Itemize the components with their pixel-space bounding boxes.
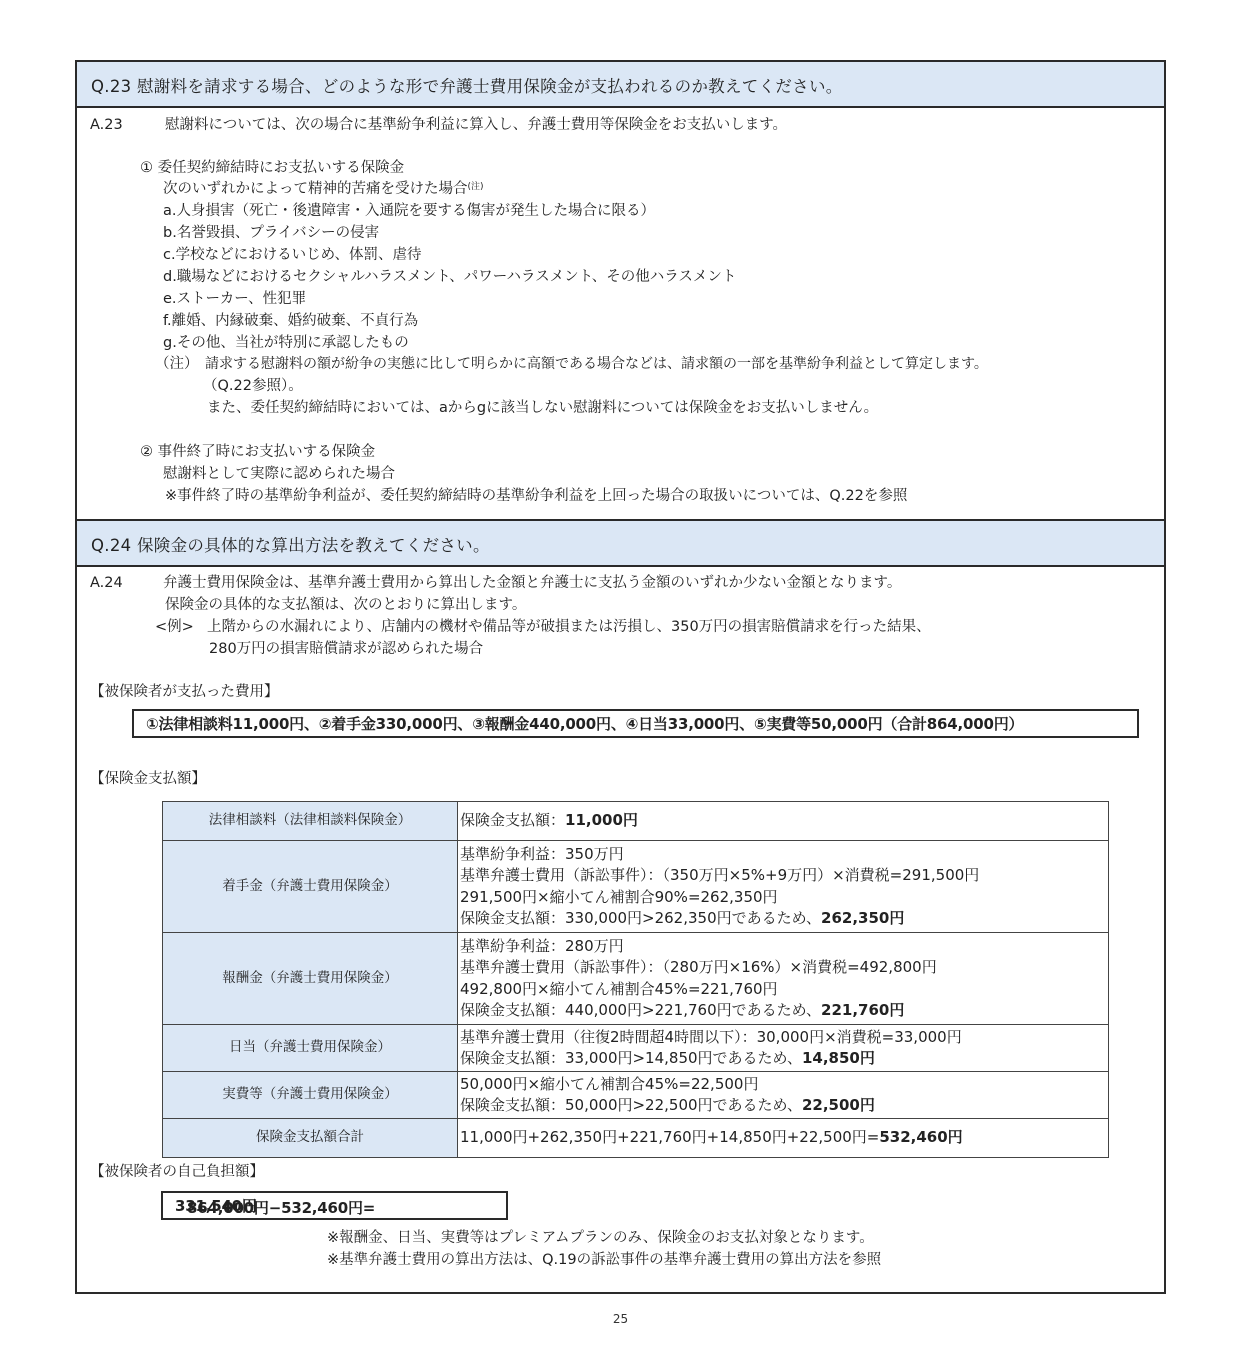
a24-label: A.24: [90, 572, 123, 594]
table-row: 日当（弁護士費用保険金） 基準弁護士費用（往復2時間超4時間以下）：30,000…: [163, 1025, 1109, 1072]
row-label: 報酬金（弁護士費用保険金）: [163, 933, 458, 1025]
paid-summary-box: ①法律相談料11,000円、②着手金330,000円、③報酬金440,000円、…: [132, 709, 1139, 738]
row-label: 着手金（弁護士費用保険金）: [163, 841, 458, 933]
value-amount: 532,460円: [879, 1128, 962, 1146]
a23-section2-note: ※事件終了時の基準紛争利益が、委任契約締結時の基準紛争利益を上回った場合の取扱い…: [165, 485, 907, 507]
condition-text: 次のいずれかによって精神的苦痛を受けた場合: [163, 181, 468, 197]
row-value: 基準紛争利益：350万円 基準弁護士費用（訴訟事件）：（350万円×5%+9万円…: [458, 841, 1109, 933]
a23-section2-title: ② 事件終了時にお支払いする保険金: [140, 441, 375, 463]
value-text: 基準紛争利益：350万円: [460, 844, 1106, 866]
payout-table: 法律相談料（法律相談料保険金） 保険金支払額：11,000円 着手金（弁護士費用…: [162, 801, 1109, 1158]
row-value: 基準弁護士費用（往復2時間超4時間以下）：30,000円×消費税=33,000円…: [458, 1025, 1109, 1072]
row-value: 基準紛争利益：280万円 基準弁護士費用（訴訟事件）：（280万円×16%）×消…: [458, 933, 1109, 1025]
list-item: d.職場などにおけるセクシャルハラスメント、パワーハラスメント、その他ハラスメン…: [163, 266, 736, 288]
value-text: 保険金支払額：: [460, 811, 565, 829]
q24-question: Q.24 保険金の具体的な算出方法を教えてください。: [91, 532, 490, 556]
list-item: e.ストーカー、性犯罪: [163, 288, 306, 310]
list-item: a.人身損害（死亡・後遺障害・入通院を要する傷害が発生した場合に限る）: [163, 200, 655, 222]
value-text: 基準弁護士費用（訴訟事件）：（350万円×5%+9万円）×消費税=291,500…: [460, 865, 1106, 887]
a23-label: A.23: [90, 114, 123, 136]
row-label: 実費等（弁護士費用保険金）: [163, 1072, 458, 1119]
table-row-total: 保険金支払額合計 11,000円+262,350円+221,760円+14,85…: [163, 1119, 1109, 1158]
a24-line: 保険金の具体的な支払額は、次のとおりに算出します。: [165, 594, 526, 616]
value-amount: 221,760円: [821, 1001, 904, 1019]
table-row: 着手金（弁護士費用保険金） 基準紛争利益：350万円 基準弁護士費用（訴訟事件）…: [163, 841, 1109, 933]
row-label: 保険金支払額合計: [163, 1119, 458, 1158]
paid-heading: 【被保険者が支払った費用】: [90, 681, 279, 703]
a23-section2-condition: 慰謝料として実際に認められた場合: [163, 463, 395, 485]
row-label: 法律相談料（法律相談料保険金）: [163, 802, 458, 841]
value-text: 11,000円+262,350円+221,760円+14,850円+22,500…: [460, 1128, 879, 1146]
note-line: 請求する慰謝料の額が紛争の実態に比して明らかに高額である場合などは、請求額の一部…: [205, 353, 988, 375]
row-value: 保険金支払額：11,000円: [458, 802, 1109, 841]
q24-header: Q.24 保険金の具体的な算出方法を教えてください。: [77, 519, 1164, 567]
self-burden-box: 864,000円−532,460円=331,540円: [161, 1191, 508, 1220]
footnote: ※基準弁護士費用の算出方法は、Q.19の訴訟事件の基準弁護士費用の算出方法を参照: [327, 1249, 881, 1271]
payout-heading: 【保険金支払額】: [90, 768, 206, 790]
note-line: （Q.22参照）。: [203, 375, 303, 397]
value-text: 保険金支払額：440,000円>221,760円であるため、: [460, 1001, 821, 1019]
note-label: （注）: [155, 353, 199, 375]
example-line: 280万円の損害賠償請求が認められた場合: [209, 638, 483, 660]
value-amount: 262,350円: [821, 909, 904, 927]
value-text: 保険金支払額：50,000円>22,500円であるため、: [460, 1096, 802, 1114]
page-number: 25: [0, 1312, 1241, 1326]
self-burden-heading: 【被保険者の自己負担額】: [90, 1161, 264, 1183]
row-value: 11,000円+262,350円+221,760円+14,850円+22,500…: [458, 1119, 1109, 1158]
value-text: 基準弁護士費用（往復2時間超4時間以下）：30,000円×消費税=33,000円: [460, 1027, 1106, 1049]
list-item: f.離婚、内縁破棄、婚約破棄、不貞行為: [163, 310, 418, 332]
row-label: 日当（弁護士費用保険金）: [163, 1025, 458, 1072]
list-item: g.その他、当社が特別に承認したもの: [163, 332, 409, 354]
footnote: ※報酬金、日当、実費等はプレミアムプランのみ、保険金のお支払対象となります。: [327, 1227, 874, 1249]
table-row: 実費等（弁護士費用保険金） 50,000円×縮小てん補割合45%=22,500円…: [163, 1072, 1109, 1119]
row-value: 50,000円×縮小てん補割合45%=22,500円 保険金支払額：50,000…: [458, 1072, 1109, 1119]
example-line: 上階からの水漏れにより、店舗内の機材や備品等が破損または汚損し、350万円の損害…: [207, 616, 931, 638]
value-text: 基準弁護士費用（訴訟事件）：（280万円×16%）×消費税=492,800円: [460, 957, 1106, 979]
list-item: b.名誉毀損、プライバシーの侵害: [163, 222, 379, 244]
note-mark: (注): [468, 182, 484, 192]
q23-question: Q.23 慰謝料を請求する場合、どのような形で弁護士費用保険金が支払われるのか教…: [91, 73, 843, 97]
value-text: 保険金支払額：33,000円>14,850円であるため、: [460, 1049, 802, 1067]
a23-section1-title: ① 委任契約締結時にお支払いする保険金: [140, 157, 404, 179]
table-row: 法律相談料（法律相談料保険金） 保険金支払額：11,000円: [163, 802, 1109, 841]
value-amount: 11,000円: [565, 811, 638, 829]
table-row: 報酬金（弁護士費用保険金） 基準紛争利益：280万円 基準弁護士費用（訴訟事件）…: [163, 933, 1109, 1025]
note-line: また、委任契約締結時においては、aからgに該当しない慰謝料については保険金をお支…: [207, 397, 878, 419]
value-amount: 22,500円: [802, 1096, 875, 1114]
self-burden-formula: 864,000円−532,460円=: [187, 1197, 375, 1218]
value-text: 50,000円×縮小てん補割合45%=22,500円: [460, 1074, 1106, 1096]
value-text: 492,800円×縮小てん補割合45%=221,760円: [460, 979, 1106, 1001]
a24-line: 弁護士費用保険金は、基準弁護士費用から算出した金額と弁護士に支払う金額のいずれか…: [163, 572, 901, 594]
value-text: 基準紛争利益：280万円: [460, 936, 1106, 958]
value-text: 保険金支払額：330,000円>262,350円であるため、: [460, 909, 821, 927]
list-item: c.学校などにおけるいじめ、体罰、虐待: [163, 244, 422, 266]
a23-section1-condition: 次のいずれかによって精神的苦痛を受けた場合(注): [163, 178, 484, 200]
example-label: <例>: [155, 616, 194, 638]
q23-header: Q.23 慰謝料を請求する場合、どのような形で弁護士費用保険金が支払われるのか教…: [77, 62, 1164, 108]
value-amount: 14,850円: [802, 1049, 875, 1067]
value-text: 291,500円×縮小てん補割合90%=262,350円: [460, 887, 1106, 909]
self-burden-text: 864,000円−532,460円=331,540円: [175, 1195, 257, 1216]
paid-summary-text: ①法律相談料11,000円、②着手金330,000円、③報酬金440,000円、…: [146, 713, 1023, 734]
a23-intro: 慰謝料については、次の場合に基準紛争利益に算入し、弁護士費用等保険金をお支払いし…: [165, 114, 787, 136]
